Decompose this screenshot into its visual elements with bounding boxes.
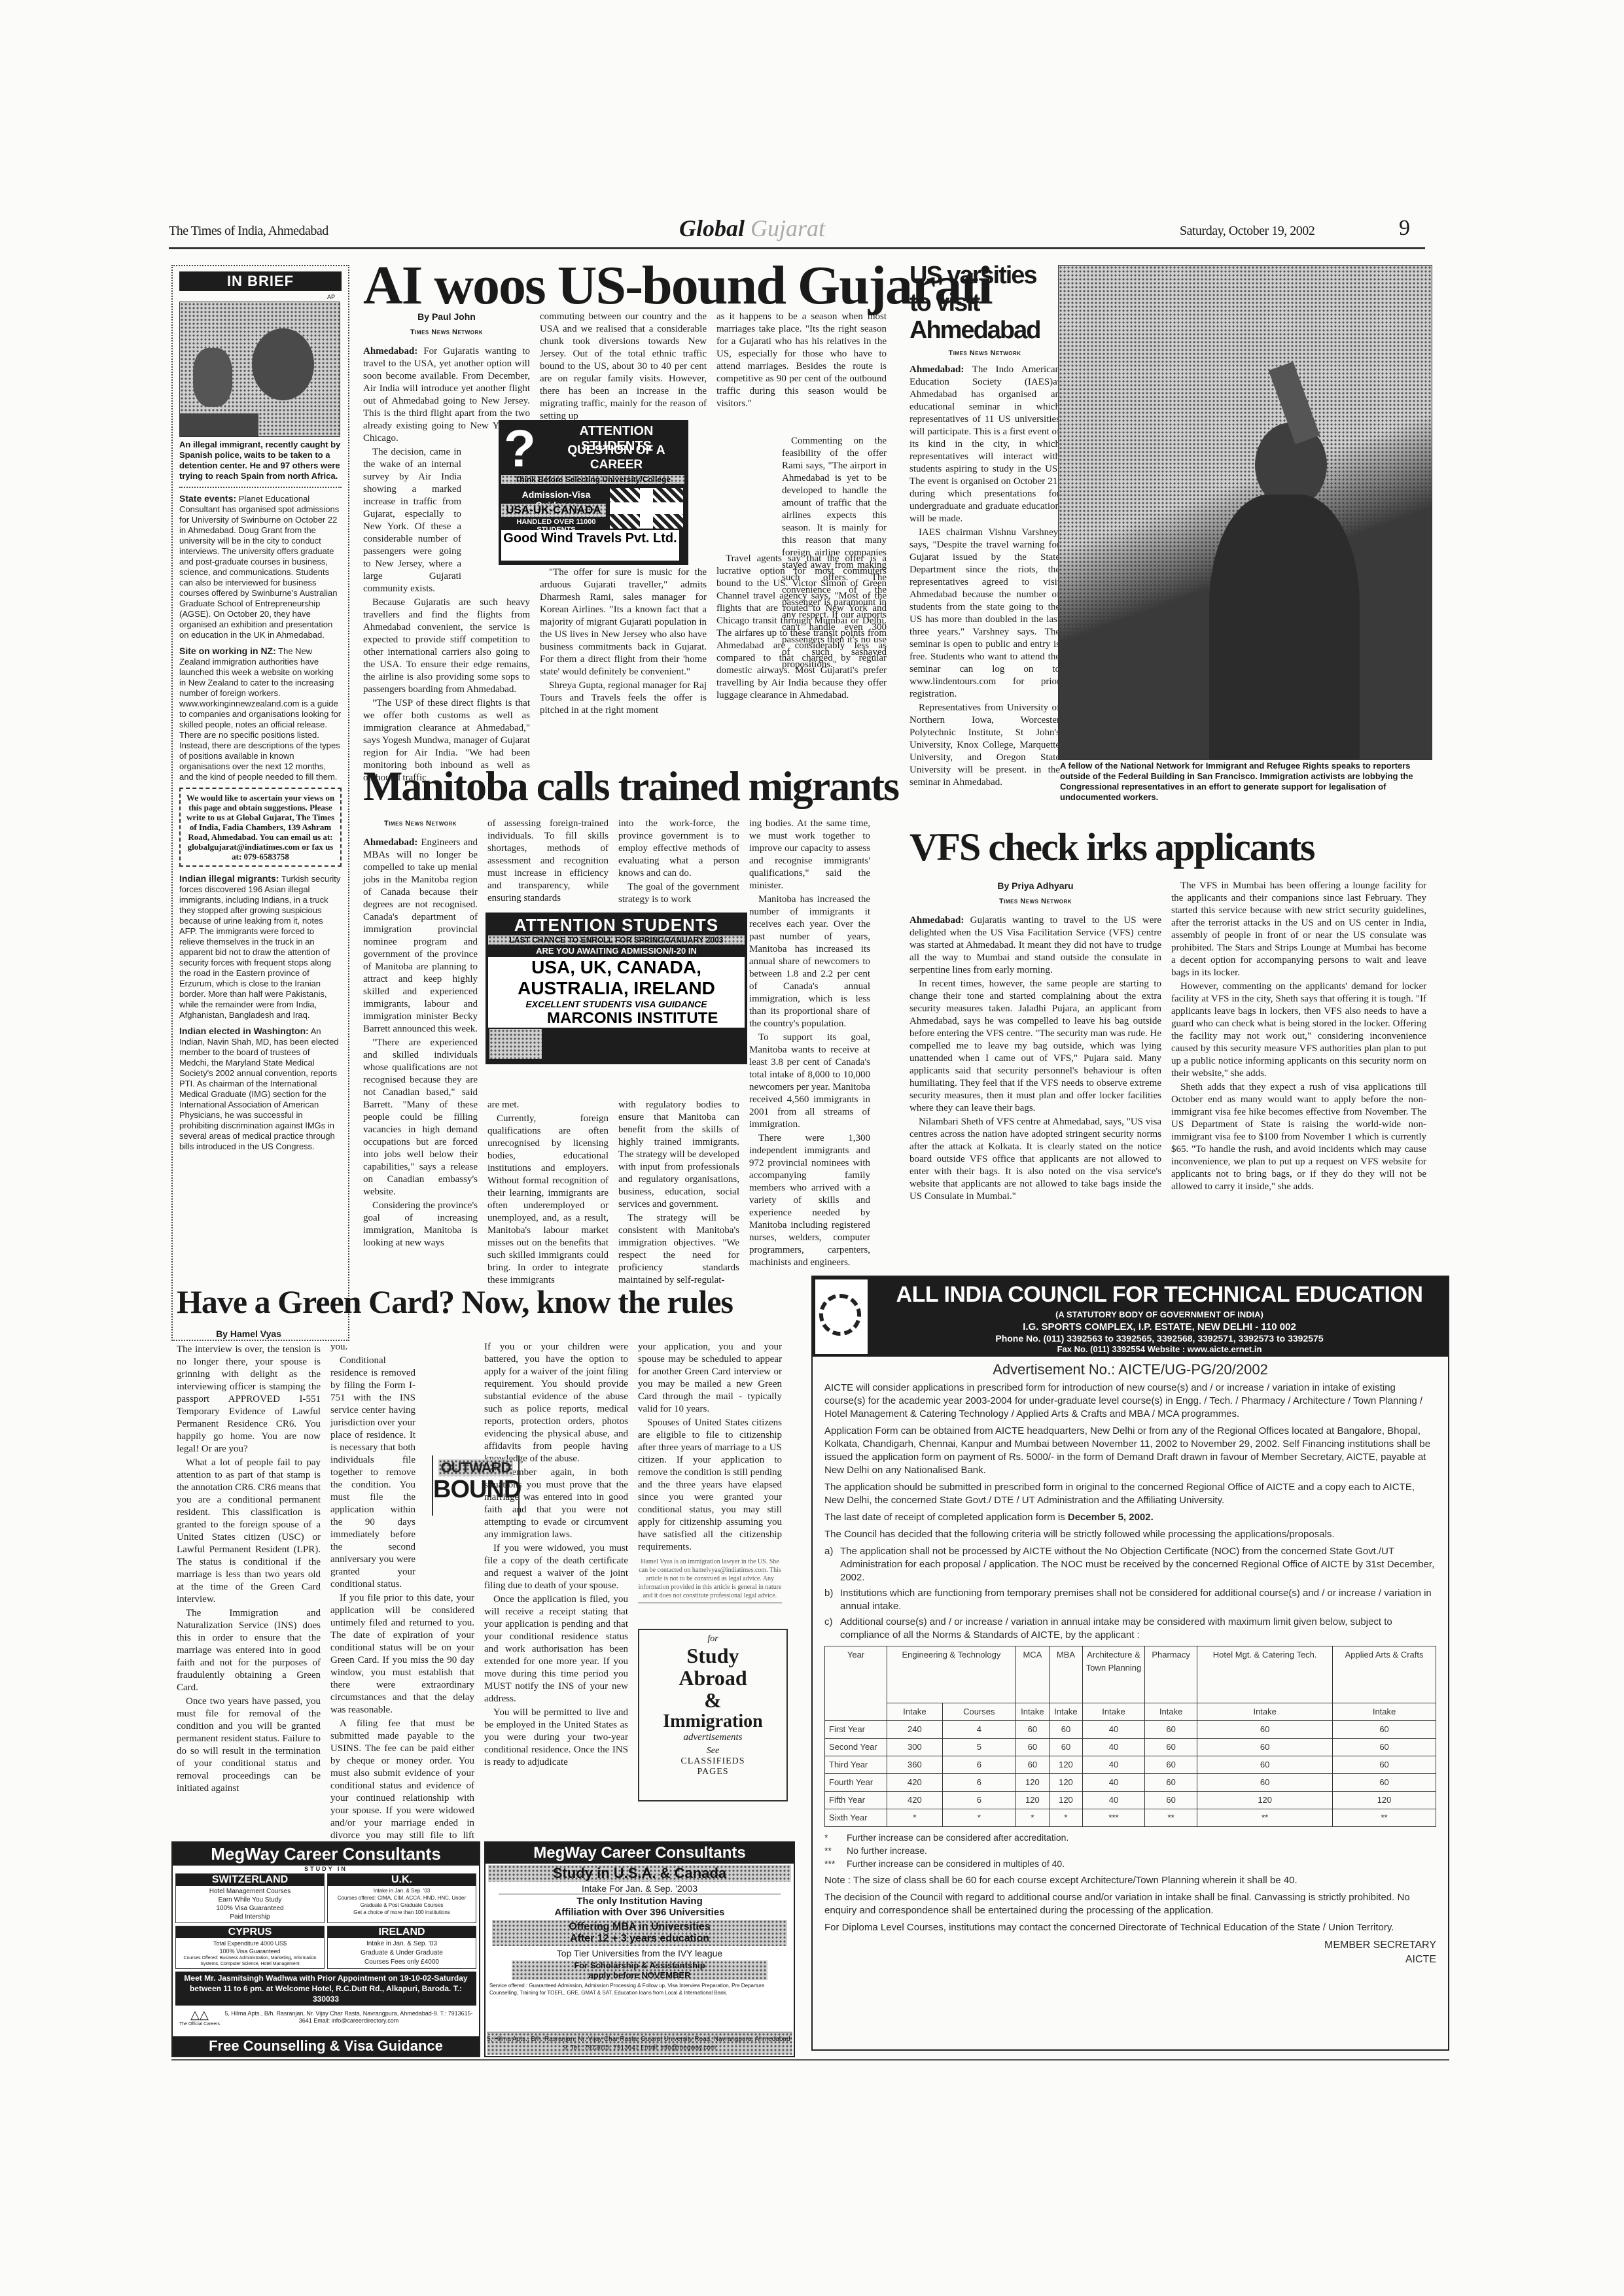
article-vfs: By Priya Adhyaru Times News Network Ahme… (909, 880, 1433, 1338)
ai-col-2: commuting between our country and the US… (540, 311, 707, 424)
aicte-gear-logo-icon (815, 1279, 868, 1354)
footnote: **No further increase. (824, 1844, 1436, 1857)
ad-megway-countries[interactable]: MegWay Career Consultants STUDY IN SWITZ… (171, 1841, 480, 2057)
aicte-phone: Phone No. (011) 3392563 to 3392565, 3392… (878, 1333, 1441, 1344)
megway2-services: Service offered : Guaranteed Admission, … (485, 1982, 794, 1996)
marconis-line4: USA, UK, CANADA, (488, 957, 745, 978)
brief-item-illegal-migrants: Indian illegal migrants: Turkish securit… (179, 873, 342, 1020)
greencard-col-4: your application, you and your spouse ma… (638, 1341, 782, 1603)
byline: By Hamel Vyas (177, 1328, 321, 1340)
megway1-address: 5, Hilma Apts., B/h. Rasranjan, Nr. Vija… (222, 2010, 475, 2025)
ad-megway-usa-canada[interactable]: MegWay Career Consultants Study in U.S.A… (484, 1841, 795, 2057)
masthead-publication: The Times of India, Ahmedabad (169, 224, 328, 239)
aicte-para-3: The application should be submitted in p… (824, 1481, 1436, 1507)
ad-aicte[interactable]: ALL INDIA COUNCIL FOR TECHNICAL EDUCATIO… (811, 1276, 1449, 2051)
photo-caption: An illegal immigrant, recently caught by… (179, 440, 342, 481)
ai-col-2-lower: businesses or looking for jobs." "The of… (540, 553, 707, 718)
megway2-line1: Study in U.S.A. & Canada (488, 1865, 791, 1882)
aicte-footnotes: *Further increase can be considered afte… (824, 1831, 1436, 1870)
table-row: Fifth Year42061201204060120120 (825, 1792, 1436, 1809)
immigrant-photo (179, 302, 340, 437)
manitoba-col-2-lower: are met. Currently, foreign qualificatio… (487, 1099, 609, 1288)
section-title-bold: Global (679, 215, 745, 241)
article-us-varsities: US varsities to visit Ahmedabad Times Ne… (909, 262, 1060, 790)
promo-amp: & (639, 1689, 786, 1711)
promo-abroad: Abroad (639, 1667, 786, 1689)
aicte-criteria-b: b)Institutions which are functioning fro… (824, 1587, 1436, 1613)
megway2-line2: Intake For Jan. & Sep. '2003 (499, 1883, 781, 1894)
outward-bound-logo: OUTWARD BOUND (432, 1455, 520, 1516)
greencard-col-3: If you or your children were battered, y… (484, 1341, 628, 1770)
protest-photo-caption: A fellow of the National Network for Imm… (1060, 761, 1432, 803)
byline: By Paul John (363, 311, 530, 322)
promo-immigration: Immigration (639, 1711, 786, 1732)
in-brief-title: IN BRIEF (179, 271, 342, 291)
megway1-meet: Meet Mr. Jasmitsingh Wadhwa with Prior A… (175, 1972, 476, 2006)
table-row: Sixth Year************* (825, 1809, 1436, 1827)
masthead-rule (169, 247, 1425, 249)
headline-manitoba: Manitoba calls trained migrants (363, 765, 898, 807)
marconis-line1: ATTENTION STUDENTS (488, 915, 745, 935)
manitoba-col-2: of assessing foreign-trained individuals… (487, 818, 609, 906)
aicte-address: I.G. SPORTS COMPLEX, I.P. ESTATE, NEW DE… (878, 1321, 1441, 1332)
megway2-line7: Top Tier Universities from the IVY leagu… (485, 1948, 794, 1958)
marconis-company: MARCONIS INSTITUTE (488, 1009, 745, 1028)
headline-green-card: Have a Green Card? Now, know the rules (177, 1285, 733, 1318)
aicte-para-5: The Council has decided that the followi… (824, 1528, 1436, 1541)
vfs-col-2: The VFS in Mumbai has been offering a lo… (1171, 880, 1426, 1194)
goodwind-line2: QUESTION OF A CAREER (548, 444, 685, 472)
country-box-switzerland: SWITZERLAND Hotel Management CoursesEarn… (175, 1873, 325, 1923)
author-note: Hamel Vyas is an immigration lawyer in t… (638, 1557, 782, 1603)
aicte-fax: Fax No. (011) 3392554 Website : www.aict… (878, 1344, 1441, 1354)
goodwind-company: Good Wind Travels Pvt. Ltd. (501, 530, 679, 561)
table-row: Third Year36066012040606060 (825, 1756, 1436, 1774)
ad-marconis-institute[interactable]: ATTENTION STUDENTS LAST CHANCE TO ENROLL… (485, 913, 747, 1064)
table-row: Second Year3005606040606060 (825, 1739, 1436, 1756)
aicte-title: ALL INDIA COUNCIL FOR TECHNICAL EDUCATIO… (878, 1282, 1441, 1308)
footnote: *Further increase can be considered afte… (824, 1831, 1436, 1844)
in-brief-sidebar: IN BRIEF AP An illegal immigrant, recent… (171, 265, 349, 1341)
megway2-line3: The only Institution Having (485, 1896, 794, 1907)
aicte-diploma: For Diploma Level Courses, institutions … (824, 1921, 1436, 1934)
megway1-footer: Free Counselling & Visa Guidance (173, 2036, 479, 2056)
manitoba-col-1: Times News Network Ahmedabad: Engineers … (363, 818, 478, 1251)
megway2-line4: Affiliation with Over 396 Universities (485, 1907, 794, 1918)
promo-study-abroad[interactable]: for Study Abroad & Immigration advertise… (638, 1629, 788, 1801)
marconis-line3: ARE YOU AWAITING ADMISSION/I-20 IN (488, 946, 745, 956)
aicte-note: Note : The size of class shall be 60 for… (824, 1874, 1436, 1887)
news-network: Times News Network (363, 818, 478, 830)
aicte-adv-no: Advertisement No.: AICTE/UG-PG/20/2002 (824, 1363, 1436, 1376)
headline-us-varsities: US varsities to visit Ahmedabad (909, 262, 1060, 344)
manitoba-col-3-lower: with regulatory bodies to ensure that Ma… (618, 1099, 739, 1288)
article-manitoba: Times News Network Ahmedabad: Engineers … (363, 818, 900, 1341)
manitoba-col-3: into the work-force, the province govern… (618, 818, 739, 907)
headline-vfs: VFS check irks applicants (909, 827, 1314, 867)
vfs-col-1: By Priya Adhyaru Times News Network Ahme… (909, 880, 1161, 1204)
section-title-light: Gujarat (750, 215, 825, 241)
megway-logo-icon: △△ The Official Careers (177, 2008, 222, 2026)
brief-item-state-events: State events: Planet Educational Consult… (179, 493, 342, 640)
aicte-para-4: The last date of receipt of completed ap… (824, 1511, 1436, 1524)
greencard-col-1: By Hamel Vyas The interview is over, the… (177, 1328, 321, 1796)
news-network: Times News Network (363, 326, 530, 339)
aicte-criteria-c: c)Additional course(s) and / or increase… (824, 1616, 1436, 1642)
table-header-row: Year Engineering & Technology MCA MBA Ar… (825, 1646, 1436, 1703)
country-box-cyprus: CYPRUS Total Expenditure 4000 US$100% Vi… (175, 1926, 325, 1969)
megway1-tagline: STUDY IN (173, 1866, 479, 1872)
marconis-logo-icon (489, 1029, 542, 1059)
masthead: The Times of India, Ahmedabad Global Guj… (169, 215, 1439, 241)
news-network: Times News Network (909, 896, 1161, 908)
promo-pages: PAGES (639, 1767, 786, 1777)
marconis-line2: LAST CHANCE TO ENROLL FOR SPRING/JANUARY… (488, 935, 745, 945)
country-box-ireland: IRELAND Intake in Jan. & Sep. '03Graduat… (327, 1926, 476, 1969)
ai-col-3: as it happens to be a season when most m… (716, 311, 887, 411)
footnote: ***Further increase can be considered in… (824, 1857, 1436, 1870)
photo-credit: AP (179, 294, 335, 300)
bound-text: BOUND (433, 1476, 518, 1503)
goodwind-line5: USA-UK-CANADA (501, 504, 606, 517)
marconis-line5: AUSTRALIA, IRELAND (488, 978, 745, 999)
brief-item-indian-elected: Indian elected in Washington: An Indian,… (179, 1026, 342, 1152)
feedback-text: We would like to ascertain your views on… (186, 793, 334, 861)
page-number: 9 (1399, 216, 1410, 241)
table-subheader-row: Intake Courses Intake Intake Intake Inta… (825, 1703, 1436, 1721)
aicte-para-1: AICTE will consider applications in pres… (824, 1382, 1436, 1421)
union-jack-icon (610, 488, 683, 529)
megway2-address: 5, Hilma Apts., B/h. Rasranjan, Nr. Vija… (487, 2032, 792, 2055)
promo-for: for (639, 1634, 786, 1644)
aicte-body: Advertisement No.: AICTE/UG-PG/20/2002 A… (813, 1357, 1448, 1974)
aicte-signatory: MEMBER SECRETARY AICTE (824, 1938, 1436, 1967)
promo-classifieds: CLASSIFIEDS (639, 1756, 786, 1767)
table-row: First Year2404606040606060 (825, 1721, 1436, 1739)
marconis-line6: EXCELLENT STUDENTS VISA GUIDANCE (488, 999, 745, 1009)
aicte-header: ALL INDIA COUNCIL FOR TECHNICAL EDUCATIO… (813, 1277, 1448, 1357)
aicte-para-2: Application Form can be obtained from AI… (824, 1425, 1436, 1477)
promo-advertisements: advertisements (639, 1732, 786, 1743)
feedback-box: We would like to ascertain your views on… (179, 788, 342, 867)
manitoba-col-4: ing bodies. At the same time, we must wo… (749, 818, 870, 1270)
table-row: Fourth Year420612012040606060 (825, 1774, 1436, 1792)
masthead-section-title: Global Gujarat (679, 215, 825, 242)
news-network: Times News Network (909, 349, 1060, 357)
aicte-intake-table: Year Engineering & Technology MCA MBA Ar… (824, 1646, 1436, 1827)
country-box-uk: U.K. Intake in Jan. & Sep. '03Courses of… (327, 1873, 476, 1923)
megway2-mba-block: Offering MBA in Universities After 12 + … (492, 1920, 787, 1946)
protest-photo (1058, 265, 1432, 760)
page-bottom-rule (171, 2059, 1449, 2061)
promo-study: Study (639, 1644, 786, 1667)
byline: By Priya Adhyaru (909, 880, 1161, 892)
ai-col-3-lower: Travel agents say that the offer is a lu… (716, 553, 887, 703)
megway2-title: MegWay Career Consultants (485, 1843, 794, 1864)
us-varsities-body: Ahmedabad: The Indo American Education S… (909, 364, 1060, 789)
aicte-decision: The decision of the Council with regard … (824, 1891, 1436, 1917)
headline-ai-woos: AI woos US-bound Gujarati (363, 258, 992, 313)
masthead-date: Saturday, October 19, 2002 (1180, 224, 1315, 239)
ad-goodwind-travels[interactable]: ? ATTENTION STUDENTS QUESTION OF A CAREE… (499, 420, 688, 565)
megway1-title: MegWay Career Consultants (173, 1843, 479, 1866)
greencard-col-2: you. Conditional residence is removed by… (330, 1341, 474, 1881)
aicte-criteria-a: a)The application shall not be processed… (824, 1545, 1436, 1584)
promo-see: See (639, 1746, 786, 1756)
outward-text: OUTWARD (438, 1459, 513, 1476)
goodwind-line3: Think Before Selecting University/Colleg… (501, 475, 684, 484)
aicte-subtitle: (A STATUTORY BODY OF GOVERNMENT OF INDIA… (878, 1310, 1441, 1319)
megway2-scholarship-block: For Scholarship & Assistantship apply be… (512, 1960, 768, 1980)
brief-item-nz-site: Site on working in NZ: The New Zealand i… (179, 646, 342, 782)
question-mark-icon: ? (504, 423, 536, 475)
